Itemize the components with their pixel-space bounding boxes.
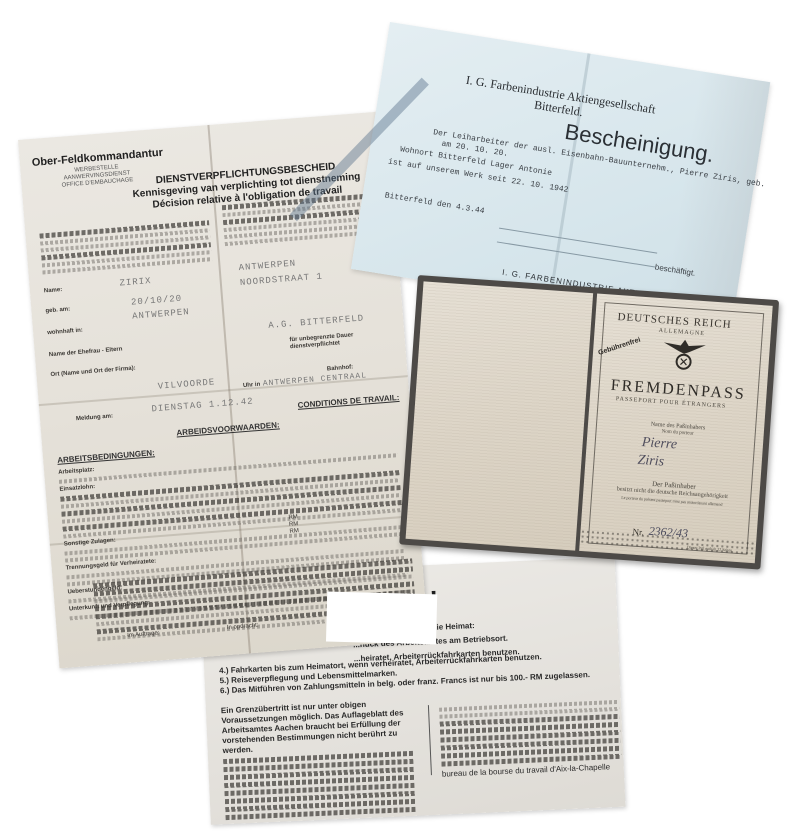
field-city: ANTWERPEN — [238, 259, 296, 273]
label-duration: für unbegrenzte Dauer dienstverpflichtet — [289, 328, 405, 351]
label-residence: wohnhaft in: — [47, 328, 83, 338]
certificate-company: I. G. Farbenindustrie Aktiengesellschaft… — [449, 70, 671, 132]
notice-summary: Ein Grenzübertritt ist nur unter obigen … — [221, 698, 413, 756]
eagle-emblem-icon — [660, 334, 708, 373]
passport-left-page — [406, 281, 594, 550]
passport-right-page: DEUTSCHES REICH ALLEMAGNE Gebührenfrei F… — [579, 294, 773, 564]
label-birth-date: geb. am: — [45, 306, 70, 315]
label-name: Name: — [44, 287, 63, 295]
notice-dutch-column: Ein Grenzübertritt ist nur unter obigen … — [221, 698, 416, 823]
label-report: Meldung am: — [76, 413, 113, 423]
torn-corner — [326, 592, 437, 645]
label-spouse: Name der Ehefrau - Eltern — [49, 346, 123, 359]
section-conditions-fr: CONDITIONS DE TRAVAIL: — [297, 393, 399, 410]
field-report-date: DIENSTAG 1.12.42 — [151, 396, 254, 414]
holder-first-name: Pierre — [641, 435, 677, 453]
label-time: Uhr in — [243, 382, 261, 390]
field-birth-place: ANTWERPEN — [132, 307, 190, 321]
holder-last-name: Ziris — [637, 453, 665, 471]
field-surname: ZIRIX — [119, 276, 152, 288]
field-birth-date: 20/10/20 — [131, 294, 183, 308]
field-street: NOORDSTRAAT 1 — [240, 272, 324, 288]
label-firm: Ort (Name und Ort der Firma): — [50, 365, 136, 379]
passport: DEUTSCHES REICH ALLEMAGNE Gebührenfrei F… — [399, 275, 779, 570]
field-destination: VILVOORDE — [157, 377, 215, 391]
certificate-date: Bitterfeld den 4.3.44 — [384, 191, 485, 216]
section-conditions-nl: ARBEIDSVOORWAARDEN: — [176, 420, 280, 437]
work-order-subheader: WERBESTELLE AANWERVINGSDIENST OFFICE D'E… — [60, 163, 133, 190]
field-station: ANTWERPEN CENTRAAL — [263, 371, 368, 388]
certificate-document: I. G. Farbenindustrie Aktiengesellschaft… — [351, 22, 770, 329]
work-order-intro — [39, 217, 212, 277]
notice-french-column: bureau de la bourse du travail d'Aix-la-… — [428, 697, 622, 775]
field-employer: A.G. BITTERFELD — [268, 313, 365, 331]
